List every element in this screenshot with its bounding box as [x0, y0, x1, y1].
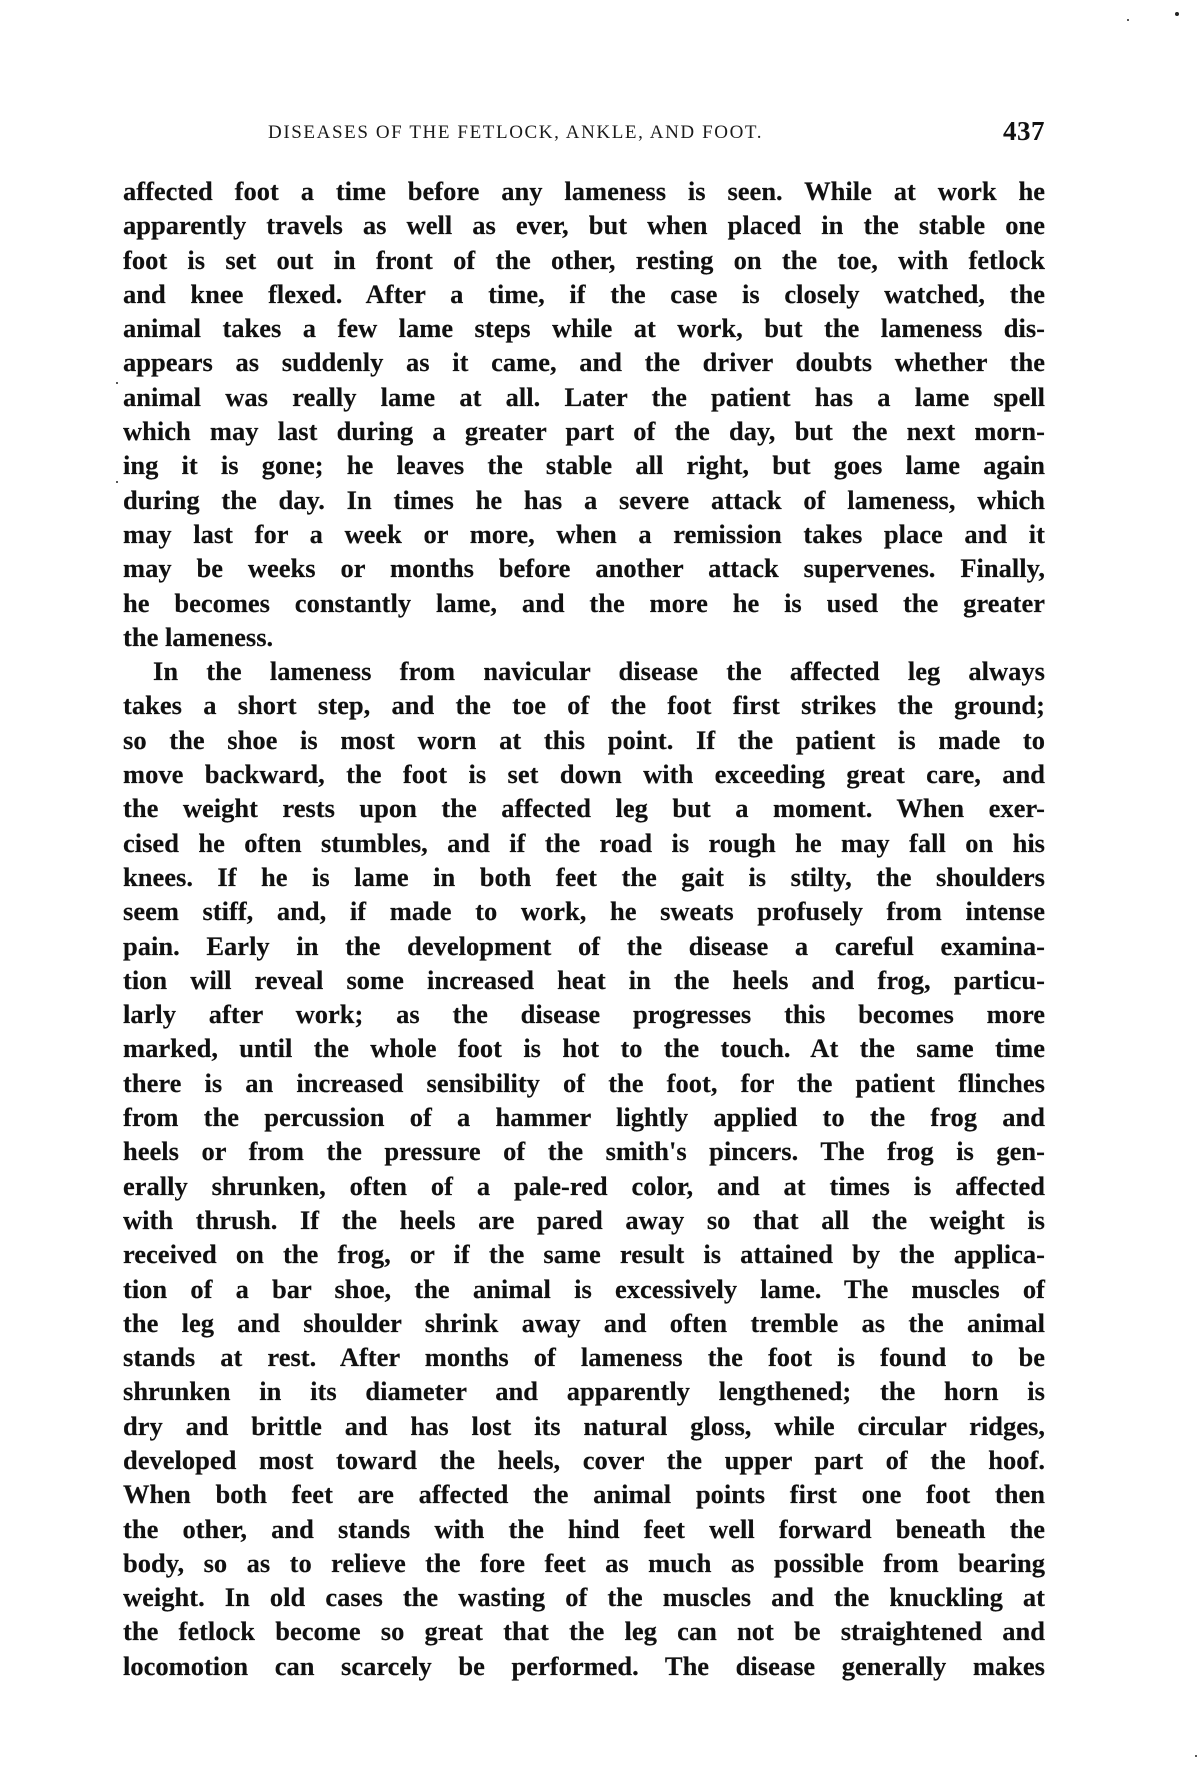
text-line: apparently travels as well as ever, but … [123, 208, 1045, 242]
text-line: stands at rest. After months of lameness… [123, 1340, 1045, 1374]
text-line: body, so as to relieve the fore feet as … [123, 1546, 1045, 1580]
scan-speck [1127, 19, 1129, 21]
text-line: may last for a week or more, when a remi… [123, 517, 1045, 551]
text-line: erally shrunken, often of a pale-red col… [123, 1169, 1045, 1203]
text-line: In the lameness from navicular disease t… [123, 654, 1045, 688]
book-page: Diseases of the Fetlock, Ankle, and Foot… [0, 0, 1200, 1790]
text-line: seem stiff, and, if made to work, he swe… [123, 894, 1045, 928]
running-title: Diseases of the Fetlock, Ankle, and Foot… [268, 122, 763, 144]
text-line: and knee flexed. After a time, if the ca… [123, 277, 1045, 311]
body-text: affected foot a time before any lameness… [123, 174, 1045, 1683]
page-number: 437 [1003, 116, 1045, 147]
text-line: animal takes a few lame steps while at w… [123, 311, 1045, 345]
text-line: move backward, the foot is set down with… [123, 757, 1045, 791]
text-line: so the shoe is most worn at this point. … [123, 723, 1045, 757]
text-line: ing it is gone; he leaves the stable all… [123, 448, 1045, 482]
scan-speck [116, 382, 118, 384]
text-line: may be weeks or months before another at… [123, 551, 1045, 585]
text-line: tion will reveal some increased heat in … [123, 963, 1045, 997]
paragraph: In the lameness from navicular disease t… [123, 654, 1045, 1683]
scan-speck [1195, 1755, 1197, 1757]
text-line: the other, and stands with the hind feet… [123, 1512, 1045, 1546]
text-line: developed most toward the heels, cover t… [123, 1443, 1045, 1477]
text-line: affected foot a time before any lameness… [123, 174, 1045, 208]
paragraph: affected foot a time before any lameness… [123, 174, 1045, 654]
text-line: takes a short step, and the toe of the f… [123, 688, 1045, 722]
text-line: pain. Early in the development of the di… [123, 929, 1045, 963]
text-line: during the day. In times he has a severe… [123, 483, 1045, 517]
text-line: foot is set out in front of the other, r… [123, 243, 1045, 277]
text-line: there is an increased sensibility of the… [123, 1066, 1045, 1100]
scan-speck [1175, 12, 1179, 16]
text-line: marked, until the whole foot is hot to t… [123, 1031, 1045, 1065]
text-line: the leg and shoulder shrink away and oft… [123, 1306, 1045, 1340]
text-line: animal was really lame at all. Later the… [123, 380, 1045, 414]
text-line: weight. In old cases the wasting of the … [123, 1580, 1045, 1614]
text-line: heels or from the pressure of the smith'… [123, 1134, 1045, 1168]
text-line: locomotion can scarcely be performed. Th… [123, 1649, 1045, 1683]
text-line: which may last during a greater part of … [123, 414, 1045, 448]
text-line: he becomes constantly lame, and the more… [123, 586, 1045, 620]
scan-speck [116, 481, 118, 483]
text-line: received on the frog, or if the same res… [123, 1237, 1045, 1271]
text-line: the lameness. [123, 620, 1045, 654]
text-line: the weight rests upon the affected leg b… [123, 791, 1045, 825]
text-line: dry and brittle and has lost its natural… [123, 1409, 1045, 1443]
text-line: the fetlock become so great that the leg… [123, 1614, 1045, 1648]
text-line: cised he often stumbles, and if the road… [123, 826, 1045, 860]
text-line: appears as suddenly as it came, and the … [123, 345, 1045, 379]
text-line: with thrush. If the heels are pared away… [123, 1203, 1045, 1237]
text-line: knees. If he is lame in both feet the ga… [123, 860, 1045, 894]
running-head: Diseases of the Fetlock, Ankle, and Foot… [268, 118, 1045, 148]
text-line: tion of a bar shoe, the animal is excess… [123, 1272, 1045, 1306]
text-line: When both feet are affected the animal p… [123, 1477, 1045, 1511]
text-line: larly after work; as the disease progres… [123, 997, 1045, 1031]
text-line: from the percussion of a hammer lightly … [123, 1100, 1045, 1134]
text-line: shrunken in its diameter and apparently … [123, 1374, 1045, 1408]
